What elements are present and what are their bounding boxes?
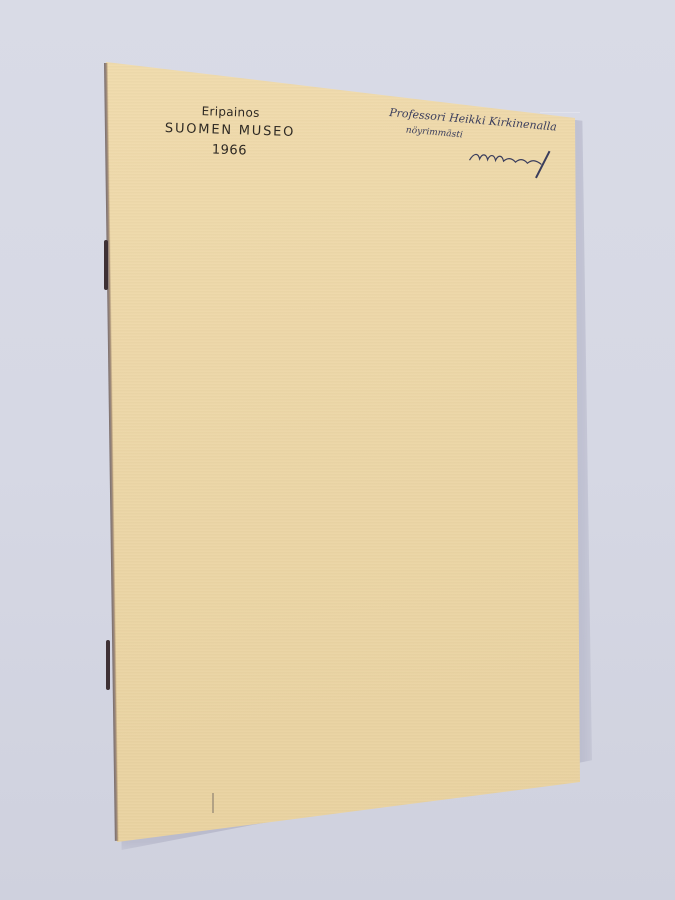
staple-top: [104, 240, 108, 290]
cover-imprint: Eripainos SUOMEN MUSEO 1966: [164, 101, 296, 163]
staple-bottom: [106, 640, 110, 690]
imprint-year: 1966: [164, 139, 295, 163]
corner-crease: [540, 112, 580, 113]
cover-tear-mark: [212, 793, 214, 813]
